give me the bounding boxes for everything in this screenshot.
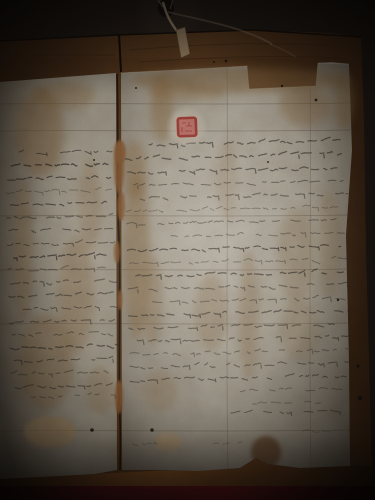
manuscript-photo-scene <box>0 0 375 500</box>
vignette <box>0 0 375 500</box>
photo-stage <box>0 0 375 500</box>
manuscript-photograph <box>0 0 375 500</box>
